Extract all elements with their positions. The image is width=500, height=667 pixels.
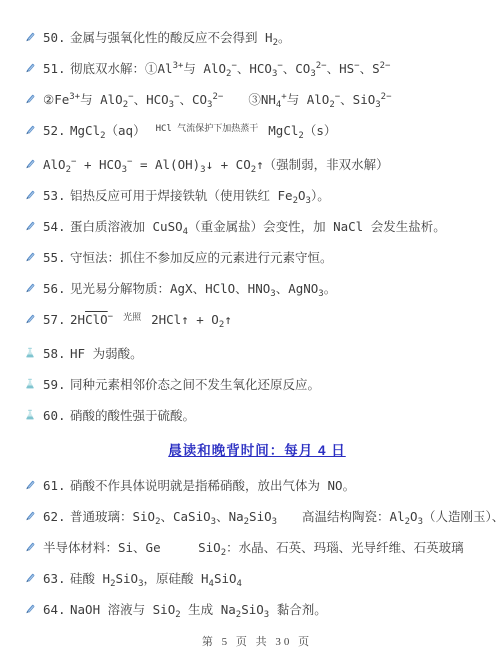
item-number: 59. — [43, 377, 70, 392]
pen-icon — [24, 189, 38, 201]
item-text: 铝热反应可用于焊接铁轨（使用铁红 Fe2O3）。 — [70, 188, 330, 203]
list-item: 53.铝热反应可用于焊接铁轨（使用铁红 Fe2O3）。 — [24, 188, 490, 203]
reaction-condition: 光照 — [123, 313, 141, 323]
item-number: 52. — [43, 123, 70, 138]
item-text: 同种元素相邻价态之间不发生氧化还原反应。 — [70, 377, 320, 392]
item-text: 半导体材料：Si、Ge SiO2：水晶、石英、玛瑙、光导纤维、石英玻璃 — [43, 540, 464, 555]
pen-icon — [24, 510, 38, 522]
item-number: 58. — [43, 346, 70, 361]
item-text: 蛋白质溶液加 CuSO4（重金属盐）会变性，加 NaCl 会发生盐析。 — [70, 219, 446, 234]
pen-icon — [24, 124, 38, 136]
list-item: 50.金属与强氧化性的酸反应不会得到 H2。 — [24, 30, 490, 45]
pen-icon — [24, 572, 38, 584]
item-text: 硝酸不作具体说明就是指稀硝酸，放出气体为 NO。 — [70, 478, 355, 493]
item-text: 2HClO−光照2HCl↑ + O2↑ — [70, 312, 232, 330]
reaction-condition: HCl 气流保护下加热蒸干 — [156, 124, 259, 134]
section-heading: 晨读和晚背时间：每月 4 日 — [24, 439, 490, 459]
item-number: 62. — [43, 509, 70, 524]
pen-icon — [24, 479, 38, 491]
item-number: 56. — [43, 281, 70, 296]
item-number: 64. — [43, 602, 70, 617]
item-text: 见光易分解物质：AgX、HClO、HNO3、AgNO3。 — [70, 281, 336, 296]
item-number: 55. — [43, 250, 70, 265]
document-page: 50.金属与强氧化性的酸反应不会得到 H2。 51.彻底双水解：①Al3+与 A… — [0, 0, 500, 667]
item-text: 硅酸 H2SiO3，原硅酸 H4SiO4 — [70, 571, 242, 586]
notes-list-top: 50.金属与强氧化性的酸反应不会得到 H2。 51.彻底双水解：①Al3+与 A… — [24, 30, 490, 423]
list-item: 58.HF 为弱酸。 — [24, 346, 490, 361]
item-number: 57. — [43, 312, 70, 327]
list-item: 61.硝酸不作具体说明就是指稀硝酸，放出气体为 NO。 — [24, 478, 490, 493]
item-number: 63. — [43, 571, 70, 586]
item-text: HF 为弱酸。 — [70, 346, 143, 361]
list-item: 57.2HClO−光照2HCl↑ + O2↑ — [24, 312, 490, 330]
item-number: 53. — [43, 188, 70, 203]
item-number: 60. — [43, 408, 70, 423]
pen-icon — [24, 603, 38, 615]
list-item: 半导体材料：Si、Ge SiO2：水晶、石英、玛瑙、光导纤维、石英玻璃 — [24, 540, 490, 555]
flask-icon — [24, 378, 38, 391]
item-text: NaOH 溶液与 SiO2 生成 Na2SiO3 黏合剂。 — [70, 602, 327, 617]
list-item: ②Fe3+与 AlO2−、HCO3−、CO32− ③NH4+与 AlO2−、Si… — [24, 92, 490, 107]
list-item: 64.NaOH 溶液与 SiO2 生成 Na2SiO3 黏合剂。 — [24, 602, 490, 617]
flask-icon — [24, 347, 38, 360]
list-item: 63.硅酸 H2SiO3，原硅酸 H4SiO4 — [24, 571, 490, 586]
item-text: 守恒法：抓住不参加反应的元素进行元素守恒。 — [70, 250, 333, 265]
item-text: 硝酸的酸性强于硫酸。 — [70, 408, 195, 423]
list-item: 51.彻底双水解：①Al3+与 AlO2−、HCO3−、CO32−、HS−、S2… — [24, 61, 490, 76]
pen-icon — [24, 62, 38, 74]
pen-icon — [24, 313, 38, 325]
item-text: 普通玻璃：SiO2、CaSiO3、Na2SiO3 高温结构陶瓷：Al2O3（人造… — [70, 509, 500, 524]
pen-icon — [24, 31, 38, 43]
item-number: 54. — [43, 219, 70, 234]
page-footer: 第 5 页 共 30 页 — [24, 633, 490, 649]
list-item: 55.守恒法：抓住不参加反应的元素进行元素守恒。 — [24, 250, 490, 265]
item-number: 61. — [43, 478, 70, 493]
list-item: 60.硝酸的酸性强于硫酸。 — [24, 408, 490, 423]
list-item: 59.同种元素相邻价态之间不发生氧化还原反应。 — [24, 377, 490, 392]
pen-icon — [24, 158, 38, 170]
pen-icon — [24, 93, 38, 105]
flask-icon — [24, 409, 38, 422]
item-text: MgCl2（aq）HCl 气流保护下加热蒸干MgCl2（s） — [70, 123, 336, 141]
item-text: 彻底双水解：①Al3+与 AlO2−、HCO3−、CO32−、HS−、S2− — [70, 61, 390, 76]
pen-icon — [24, 220, 38, 232]
item-text: ②Fe3+与 AlO2−、HCO3−、CO32− ③NH4+与 AlO2−、Si… — [43, 92, 392, 107]
list-item: 54.蛋白质溶液加 CuSO4（重金属盐）会变性，加 NaCl 会发生盐析。 — [24, 219, 490, 234]
item-text: AlO2− + HCO3− = Al(OH)3↓ + CO2↑（强制弱，非双水解… — [43, 157, 389, 172]
list-item: 52.MgCl2（aq）HCl 气流保护下加热蒸干MgCl2（s） — [24, 123, 490, 141]
notes-list-bottom: 61.硝酸不作具体说明就是指稀硝酸，放出气体为 NO。 62.普通玻璃：SiO2… — [24, 478, 490, 617]
pen-icon — [24, 251, 38, 263]
item-number: 50. — [43, 30, 70, 45]
item-text: 金属与强氧化性的酸反应不会得到 H2。 — [70, 30, 291, 45]
item-number: 51. — [43, 61, 70, 76]
list-item: 56.见光易分解物质：AgX、HClO、HNO3、AgNO3。 — [24, 281, 490, 296]
list-item: 62.普通玻璃：SiO2、CaSiO3、Na2SiO3 高温结构陶瓷：Al2O3… — [24, 509, 490, 524]
pen-icon — [24, 541, 38, 553]
list-item: AlO2− + HCO3− = Al(OH)3↓ + CO2↑（强制弱，非双水解… — [24, 157, 490, 172]
pen-icon — [24, 282, 38, 294]
